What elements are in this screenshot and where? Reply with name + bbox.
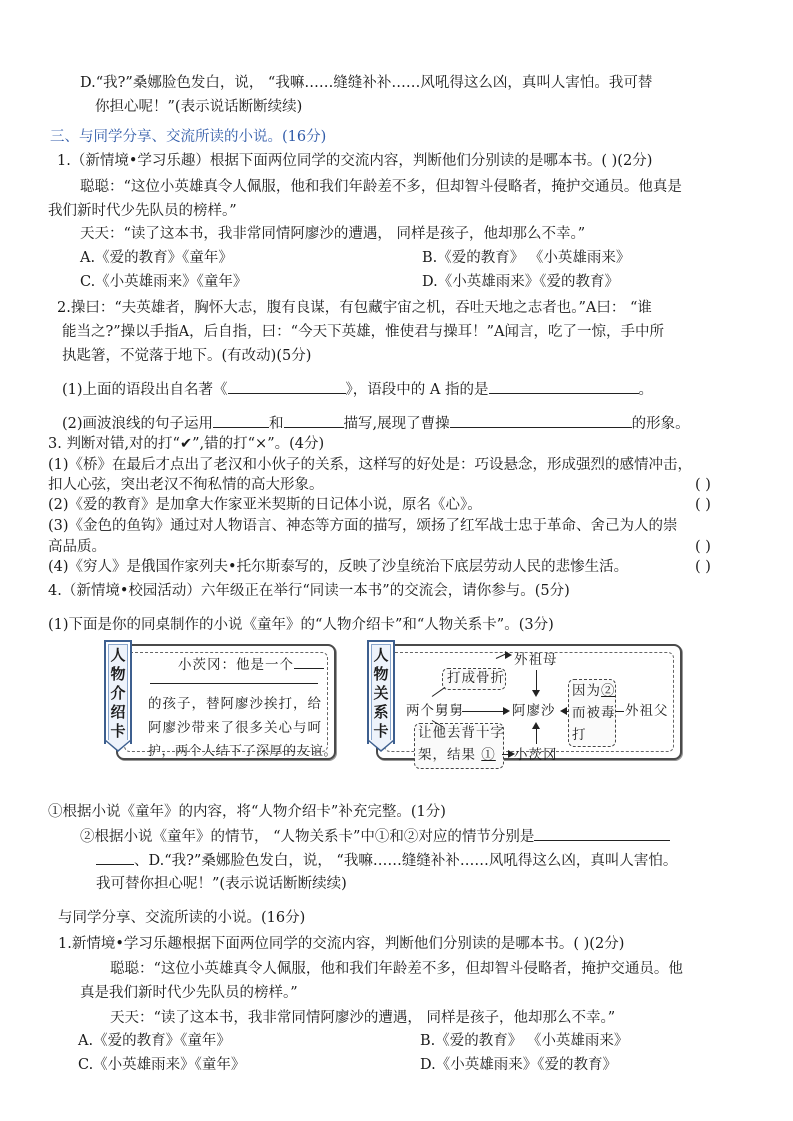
intro-line1: 小茨冈：他是一个: [178, 654, 324, 676]
q2-sub2-text-d: 的形象。: [632, 416, 690, 432]
node-yinwei-a: 因为②: [572, 680, 616, 702]
intro-line5: 护，两个人结下了深厚的友谊。: [148, 741, 337, 763]
relation-card-tab: 人 物 关 系 卡: [367, 640, 395, 744]
q1-congcong-line2: 我们新时代少先队员的榜样。”: [48, 201, 237, 221]
q1-option-d[interactable]: D.《小英雄雨来》《爱的教育》: [422, 272, 619, 292]
q4-task1: ①根据小说《童年》的内容，将“人物介绍卡”补充完整。(1分): [48, 802, 446, 822]
q2-sub1-text-b: 》，语段中的 A 指的是: [346, 382, 489, 398]
section-header: 三、与同学分享、交流所读的小说。(16分): [50, 127, 326, 147]
q2-sub2-text-c: 描写,展现了曹操: [344, 416, 450, 432]
repeat-header: 与同学分享、交流所读的小说。(16分): [58, 908, 305, 928]
q3-stem: 3. 判断对错,对的打“✔”,错的打“×”。(4分): [48, 434, 324, 454]
node-dacheng: 打成骨折: [447, 668, 505, 688]
q3-item1-answer[interactable]: ( ): [695, 475, 711, 495]
repeat-option-a[interactable]: A.《爱的教育》《童年》: [78, 1031, 231, 1051]
node-yinwei-c: 打: [572, 724, 587, 746]
q4-task2-cont: 、D.“我?”桑娜脸色发白，说， “我嘛……缝缝补补……风吼得这么凶，真叫人害怕…: [96, 850, 677, 871]
repeat-option-c[interactable]: C.《小英雄雨来》《童年》: [78, 1055, 245, 1075]
q2-sub1: (1)上面的语段出自名著《》，语段中的 A 指的是。: [62, 379, 653, 400]
q3-item1-line2: 扣人心弦，突出老汉不徇私情的高大形象。: [48, 475, 324, 495]
q3-item2-answer[interactable]: ( ): [695, 495, 711, 515]
q4-task2: ②根据小说《童年》的情节， “人物关系卡”中①和②对应的情节分别是: [80, 826, 670, 847]
node-aliaosha: 阿廖沙: [512, 700, 556, 722]
node-rang-b: 架，结果 ①: [418, 744, 496, 766]
q2-stem-line1: 2.操曰：“夫英雄者，胸怀大志，腹有良谋，有包藏宇宙之机，吞吐天地之志者也。”A…: [57, 298, 652, 318]
q1-tiantian: 天天：“读了这本书，我非常同情阿廖沙的遭遇， 同样是孩子，他却那么不幸。”: [80, 224, 585, 244]
q4-stem: 4.（新情境•校园活动）六年级正在举行“同读一本书”的交流会，请你参与。(5分): [48, 581, 570, 601]
intro-line3: 的孩子，替阿廖沙挨打，给: [148, 693, 322, 715]
node-xiaociqang: 小茨冈: [514, 744, 558, 766]
node-waizufu: 外祖父: [625, 700, 669, 722]
q1-congcong-line1: 聪聪：“这位小英雄真令人佩服，他和我们年龄差不多，但却智斗侵略者，掩护交通员。他…: [80, 177, 682, 197]
q3-item4-answer[interactable]: ( ): [695, 557, 711, 577]
intro-line4: 阿廖沙带来了很多关心与呵: [148, 717, 322, 739]
repeat-tiantian: 天天：“读了这本书，我非常同情阿廖沙的遭遇， 同样是孩子，他却那么不幸。”: [110, 1008, 615, 1028]
q1-option-a[interactable]: A.《爱的教育》《童年》: [80, 248, 233, 268]
q2-sub1-book-blank[interactable]: [228, 379, 346, 394]
repeat-option-d[interactable]: D.《小英雄雨来》《爱的教育》: [420, 1055, 617, 1075]
option-d-line2: 你担心呢！”(表示说话断断续续): [95, 97, 302, 117]
node-liangge-jiujiu: 两个舅舅: [406, 700, 464, 722]
arrow-xiaociqang-to-aliaosha: [536, 728, 537, 744]
arrow-waizumu-to-aliaosha: [536, 670, 537, 692]
q2-sub2-blank3[interactable]: [450, 413, 632, 428]
q2-sub1-text-c: 。: [639, 382, 654, 398]
q2-stem-line3: 执匙箸，不觉落于地下。(有改动)(5分): [62, 346, 311, 366]
q2-sub2-blank2[interactable]: [284, 413, 344, 428]
q1-option-b[interactable]: B.《爱的教育》 《小英雄雨来》: [422, 248, 630, 268]
option-d-line1: D.“我?”桑娜脸色发白，说， “我嘛……缝缝补补……风吼得这么凶，真叫人害怕。…: [80, 73, 652, 93]
repeat-option-b[interactable]: B.《爱的教育》 《小英雄雨来》: [420, 1031, 628, 1051]
intro-card-tab: 人 物 介 绍 卡: [104, 640, 132, 744]
q1-option-c[interactable]: C.《小英雄雨来》《童年》: [80, 272, 247, 292]
q2-sub1-a-blank[interactable]: [489, 379, 639, 394]
q2-sub2-text-b: 和: [269, 416, 284, 432]
repeat-q1-stem: 1.新情境•学习乐趣根据下面两位同学的交流内容，判断他们分别读的是哪本书。( )…: [58, 934, 624, 954]
repeat-congcong-line1: 聪聪：“这位小英雄真令人佩服，他和我们年龄差不多，但却智斗侵略者，掩护交通员。他: [110, 959, 683, 979]
node-waizumu: 外祖母: [514, 649, 558, 671]
q3-item1-line1: (1)《桥》在最后才点出了老汉和小伙子的关系，这样写的好处是：巧设悬念，形成强烈…: [48, 455, 692, 475]
q3-item4: (4)《穷人》是俄国作家列夫•托尔斯泰写的，反映了沙皇统治下底层劳动人民的悲惨生…: [48, 557, 628, 577]
q2-sub2-blank1[interactable]: [213, 413, 269, 428]
arrow-jiujiu-to-aliaosha: [462, 711, 504, 712]
node-rang-a: 让他去背十字: [418, 722, 505, 744]
q4-task2-blank-cont[interactable]: [96, 850, 134, 865]
q4-sub1: (1)下面是你的同桌制作的小说《童年》的“人物介绍卡”和“人物关系卡”。(3分): [48, 615, 554, 635]
q2-sub2-text-a: (2)画波浪线的句子运用: [62, 416, 213, 432]
q2-sub2: (2)画波浪线的句子运用和描写,展现了曹操的形象。: [62, 413, 690, 434]
q2-stem-line2: 能当之?”操以手指A，后自指，曰：“今天下英雄，惟使君与操耳！”A闻言，吃了一惊…: [62, 322, 664, 342]
q3-item2: (2)《爱的教育》是加拿大作家亚米契斯的日记体小说，原名《心》。: [48, 495, 482, 515]
q3-item3-line1: (3)《金色的鱼钩》通过对人物语言、神态等方面的描写，颂扬了红军战士忠于革命、舍…: [48, 516, 678, 536]
q3-item3-line2: 高品质。: [48, 537, 106, 557]
repeat-congcong-line2: 真是我们新时代少先队员的榜样。”: [80, 983, 298, 1003]
q2-sub1-text-a: (1)上面的语段出自名著《: [62, 382, 228, 398]
intro-blank-long[interactable]: [150, 682, 318, 684]
q3-item3-answer[interactable]: ( ): [695, 537, 711, 557]
q1-stem: 1.（新情境•学习乐趣）根据下面两位同学的交流内容，判断他们分别读的是哪本书。(…: [57, 151, 652, 171]
q4-task2-blank[interactable]: [534, 826, 670, 841]
q4-task2-cont2: 我可替你担心呢！”(表示说话断断续续): [96, 874, 347, 894]
node-yinwei-b: 而被毒: [572, 702, 616, 724]
intro-blank-short[interactable]: [294, 654, 324, 669]
